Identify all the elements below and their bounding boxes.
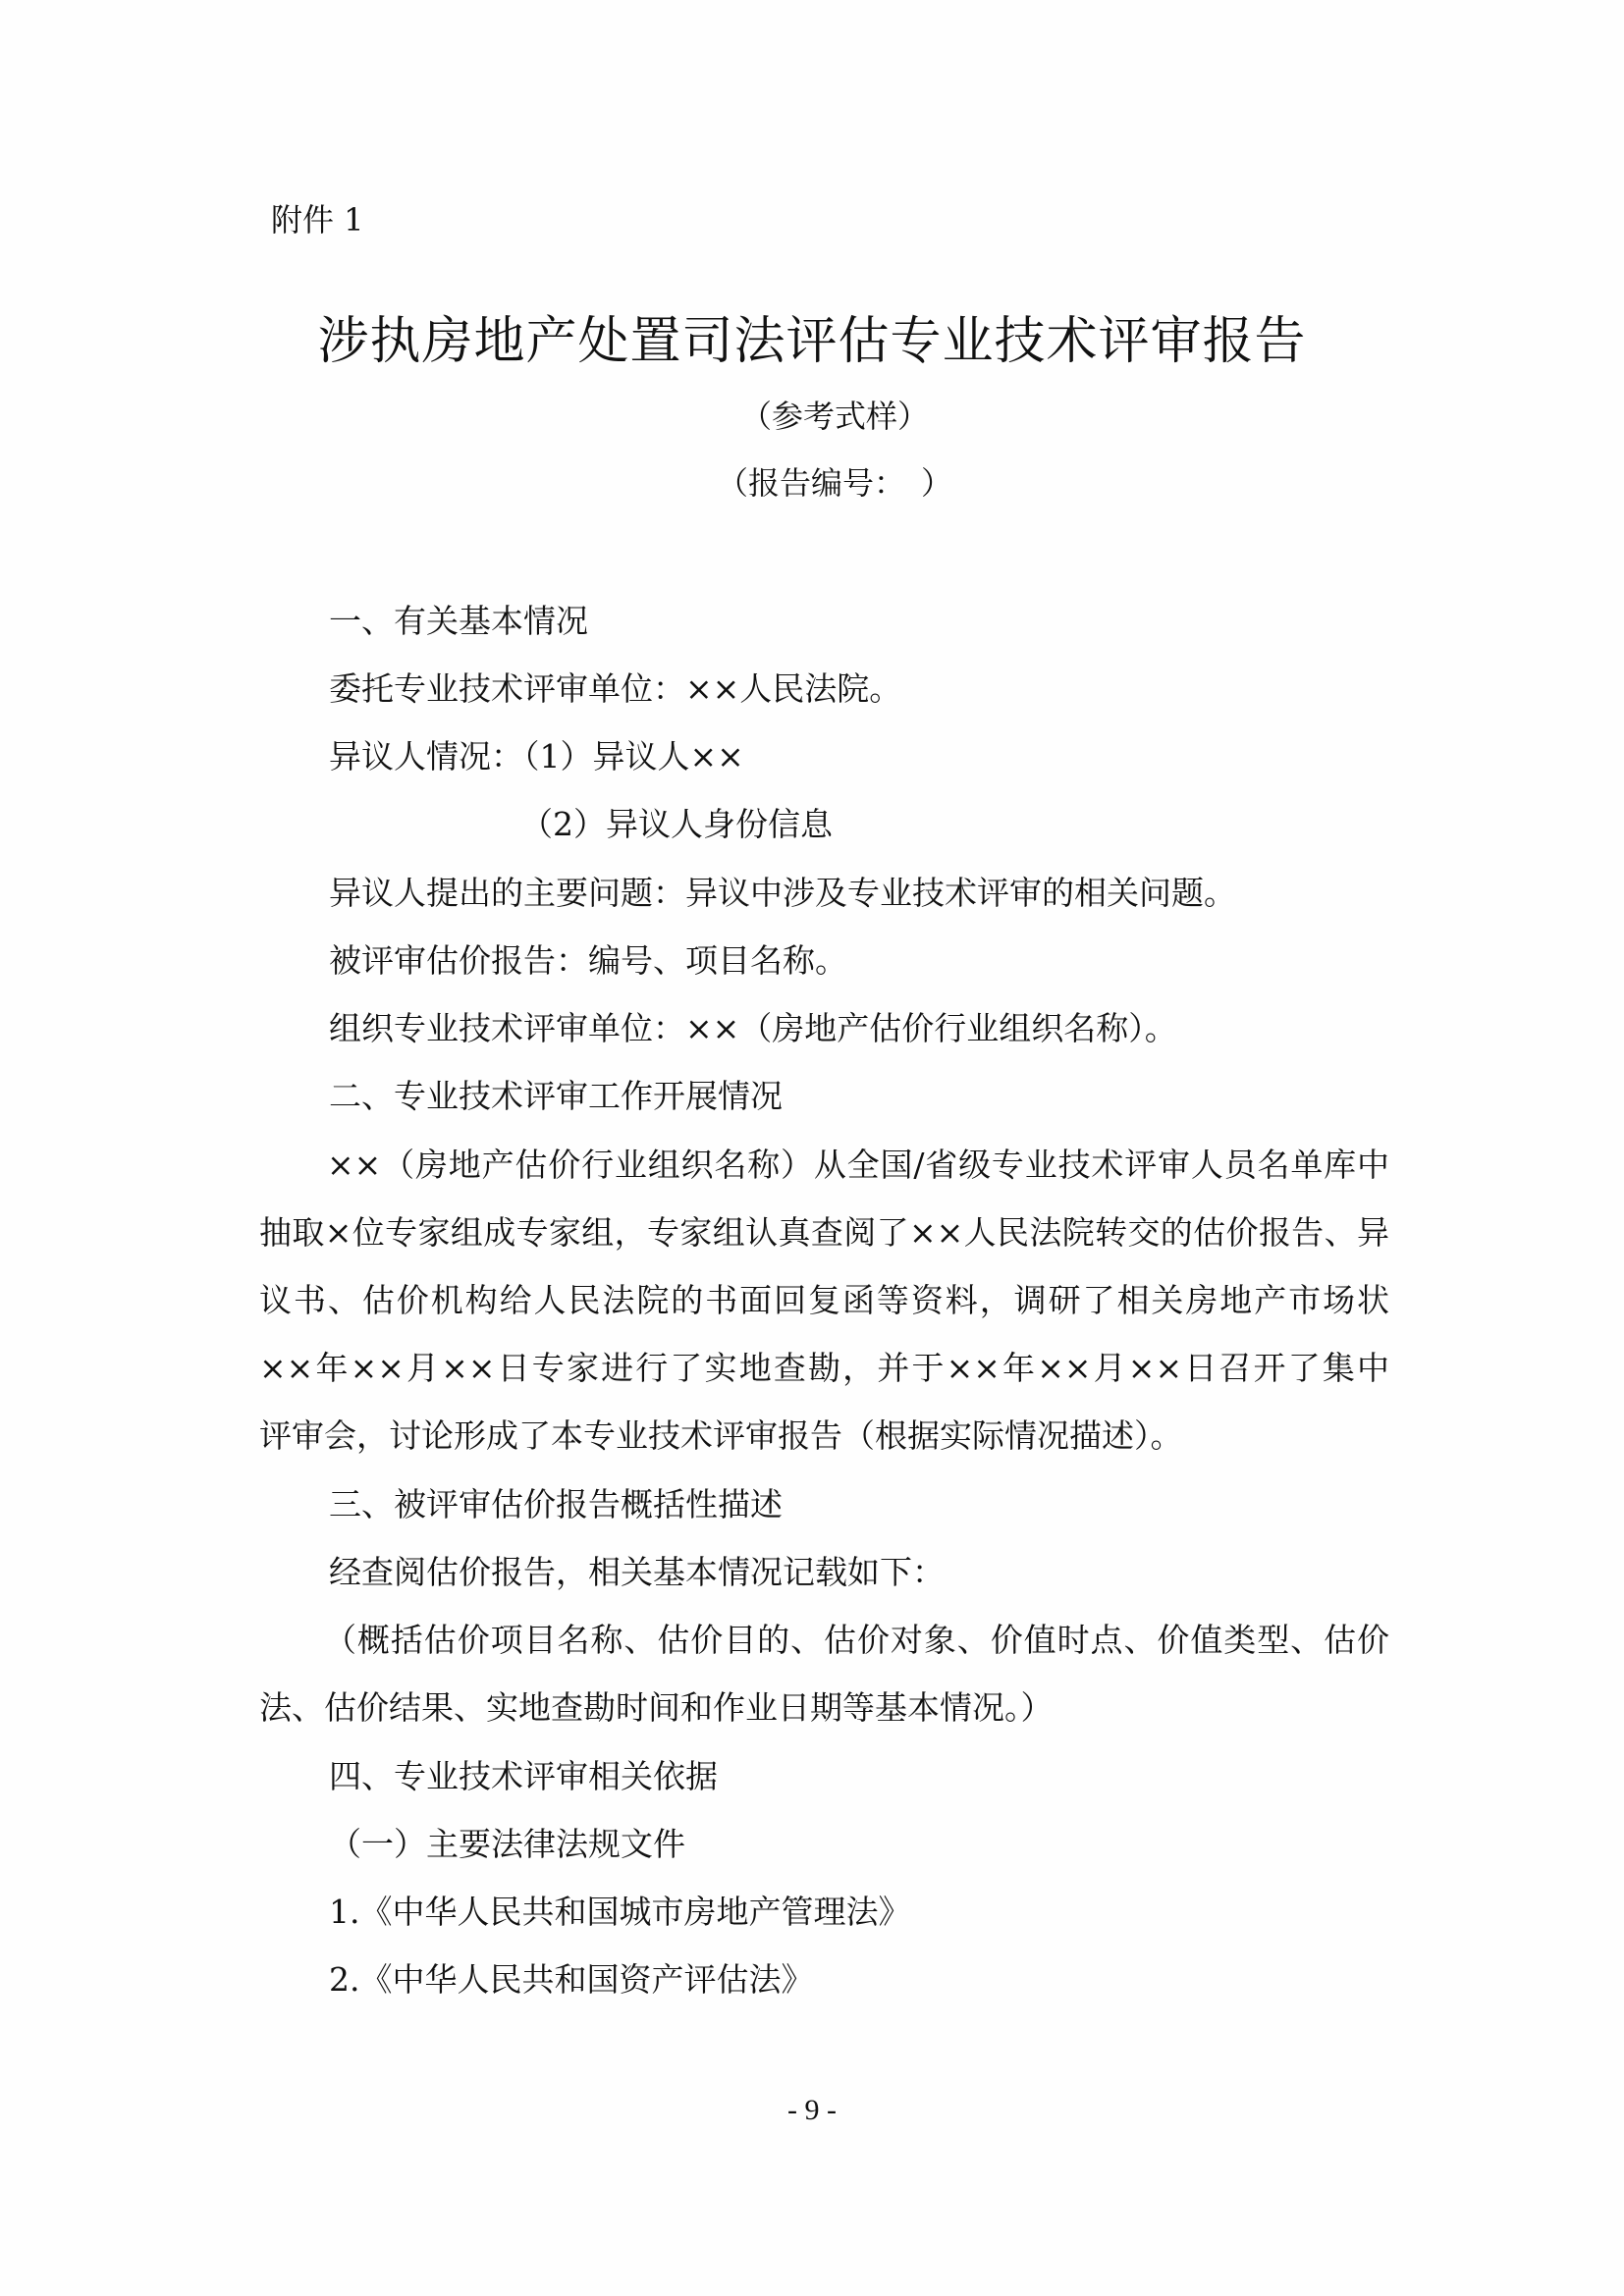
section-3-intro: 经查阅估价报告，相关基本情况记载如下： xyxy=(329,1553,945,1592)
subsection-heading-1: （一）主要法律法规文件 xyxy=(329,1825,685,1864)
paragraph-line: 法、估价结果、实地查勘时间和作业日期等基本情况。） xyxy=(259,1688,1054,1728)
paragraph-line: ××（房地产估价行业组织名称）从全国/省级专业技术评审人员名单库中 xyxy=(327,1146,1389,1185)
main-issues: 异议人提出的主要问题：异议中涉及专业技术评审的相关问题。 xyxy=(329,874,1236,913)
paragraph-line: 议书、估价机构给人民法院的书面回复函等资料，调研了相关房地产市场状况， xyxy=(259,1281,1389,1320)
organizing-unit: 组织专业技术评审单位：××（房地产估价行业组织名称）。 xyxy=(329,1009,1177,1048)
section-heading-3: 三、被评审估价报告概括性描述 xyxy=(329,1485,783,1524)
document-title: 涉执房地产处置司法评估专业技术评审报告 xyxy=(0,312,1624,371)
page-number: - 9 - xyxy=(0,2091,1624,2130)
objector-info-2: （2）异议人身份信息 xyxy=(520,805,833,844)
section-heading-4: 四、专业技术评审相关依据 xyxy=(329,1757,718,1796)
document-page: 附件 1 涉执房地产处置司法评估专业技术评审报告 （参考式样） （报告编号： ）… xyxy=(0,0,1624,2296)
report-number-label: （报告编号： ） xyxy=(687,463,982,503)
paragraph-line: 评审会，讨论形成了本专业技术评审报告（根据实际情况描述）。 xyxy=(259,1416,1183,1456)
law-item: 1.《中华人民共和国城市房地产管理法》 xyxy=(329,1893,911,1932)
paragraph-line: 抽取×位专家组成专家组，专家组认真查阅了××人民法院转交的估价报告、异 xyxy=(259,1213,1389,1253)
entrusting-unit: 委托专业技术评审单位：××人民法院。 xyxy=(329,669,901,709)
reviewed-report: 被评审估价报告：编号、项目名称。 xyxy=(329,941,847,981)
section-heading-2: 二、专业技术评审工作开展情况 xyxy=(329,1077,783,1116)
law-item: 2.《中华人民共和国资产评估法》 xyxy=(329,1960,814,2000)
document-subtitle: （参考式样） xyxy=(687,397,982,436)
objector-info-1: 异议人情况：（1）异议人×× xyxy=(329,737,744,776)
annex-label: 附件 1 xyxy=(271,200,364,240)
section-heading-1: 一、有关基本情况 xyxy=(329,602,588,641)
paragraph-line: （概括估价项目名称、估价目的、估价对象、价值时点、价值类型、估价方 xyxy=(324,1621,1389,1660)
paragraph-line: ××年××月××日专家进行了实地查勘，并于××年××月××日召开了集中 xyxy=(259,1349,1389,1388)
